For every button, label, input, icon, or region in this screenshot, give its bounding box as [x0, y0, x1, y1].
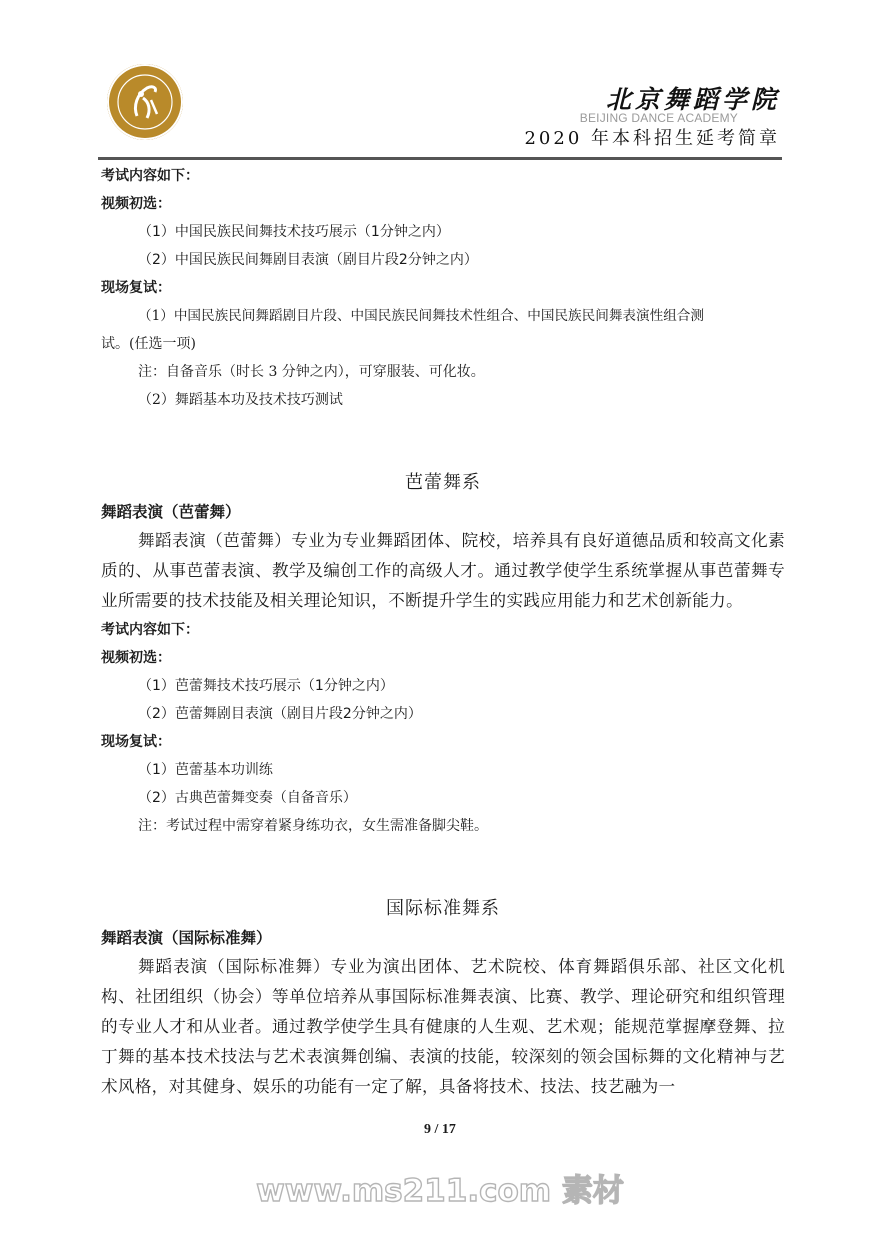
brand-name-cn: 北京舞蹈学院	[524, 86, 780, 114]
onsite-label: 现场复试：	[101, 274, 785, 302]
onsite-item-continued: 试。(任选一项)	[101, 330, 785, 358]
onsite-item: （2）舞蹈基本功及技术技巧测试	[101, 386, 785, 414]
major-heading: 舞蹈表演（芭蕾舞）	[101, 498, 785, 526]
video-label: 视频初选：	[101, 644, 785, 672]
exam-intro: 考试内容如下：	[101, 616, 785, 644]
exam-intro: 考试内容如下：	[101, 162, 785, 190]
onsite-item: （1）中国民族民间舞蹈剧目片段、中国民族民间舞技术性组合、中国民族民间舞表演性组…	[101, 302, 785, 330]
onsite-note: 注：考试过程中需穿着紧身练功衣，女生需准备脚尖鞋。	[101, 812, 785, 840]
header-brand: 北京舞蹈学院 BEIJING DANCE ACADEMY 2020 年本科招生延…	[524, 86, 780, 151]
document-page: 北京舞蹈学院 BEIJING DANCE ACADEMY 2020 年本科招生延…	[0, 0, 880, 1244]
video-item: （2）中国民族民间舞剧目表演（剧目片段2分钟之内）	[101, 246, 785, 274]
onsite-label: 现场复试：	[101, 728, 785, 756]
section-title-ballet: 芭蕾舞系	[101, 468, 785, 498]
onsite-item: （1）芭蕾基本功训练	[101, 756, 785, 784]
major-description: 舞蹈表演（芭蕾舞）专业为专业舞蹈团体、院校，培养具有良好道德品质和较高文化素质的…	[101, 526, 785, 616]
major-heading: 舞蹈表演（国际标准舞）	[101, 924, 785, 952]
video-item: （1）中国民族民间舞技术技巧展示（1分钟之内）	[101, 218, 785, 246]
page-number: 9 / 17	[0, 1122, 880, 1138]
watermark: www.ms211.com 素材	[0, 1165, 880, 1210]
onsite-note: 注：自备音乐（时长 3 分钟之内），可穿服装、可化妆。	[101, 358, 785, 386]
major-description: 舞蹈表演（国际标准舞）专业为演出团体、艺术院校、体育舞蹈俱乐部、社区文化机构、社…	[101, 952, 785, 1102]
brand-name-en: BEIJING DANCE ACADEMY	[524, 112, 738, 125]
document-subtitle: 2020 年本科招生延考简章	[524, 127, 780, 151]
document-body: 考试内容如下： 视频初选： （1）中国民族民间舞技术技巧展示（1分钟之内） （2…	[101, 162, 785, 1102]
section-title-ballroom: 国际标准舞系	[101, 894, 785, 924]
onsite-item: （2）古典芭蕾舞变奏（自备音乐）	[101, 784, 785, 812]
video-label: 视频初选：	[101, 190, 785, 218]
video-item: （2）芭蕾舞剧目表演（剧目片段2分钟之内）	[101, 700, 785, 728]
video-item: （1）芭蕾舞技术技巧展示（1分钟之内）	[101, 672, 785, 700]
header-divider	[98, 157, 782, 160]
academy-logo-icon	[107, 64, 183, 140]
